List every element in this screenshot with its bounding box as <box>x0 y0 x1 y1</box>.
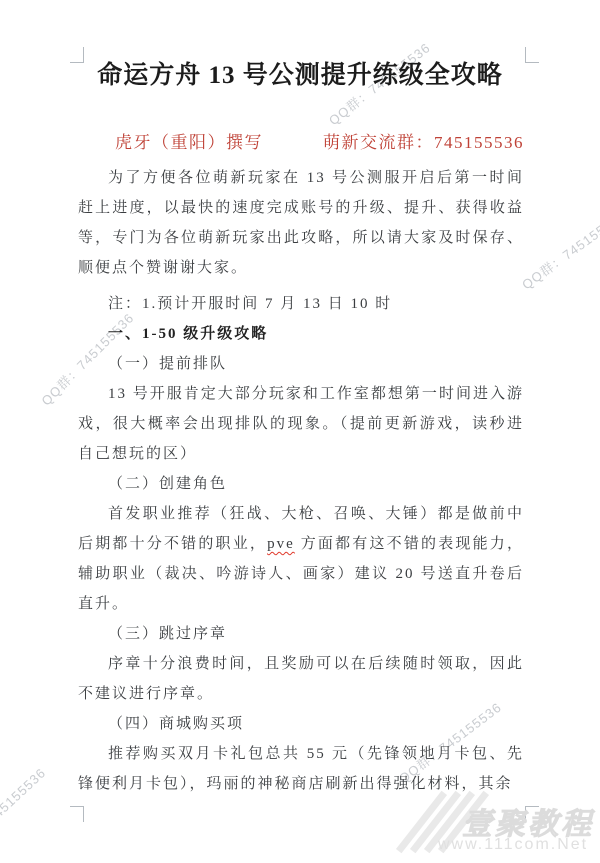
text-boundary-mark-bottom-left <box>70 806 84 822</box>
document-title: 命运方舟 13 号公测提升练级全攻略 <box>40 55 560 91</box>
spellcheck-underlined-word: pve <box>267 536 295 552</box>
author-credit: 虎牙（重阳）撰写 <box>115 128 263 153</box>
section-heading: 一、1-50 级升级攻略 <box>78 319 524 349</box>
paragraph: 13 号开服肯定大部分玩家和工作室都想第一时间进入游戏，很大概率会出现排队的现象… <box>78 379 524 469</box>
qq-group-label: 萌新交流群：745155536 <box>323 128 524 153</box>
sub-heading: （二）创建角色 <box>78 469 524 499</box>
qq-group-watermark: QQ群：745155536 <box>517 205 600 293</box>
document-body: 为了方便各位萌新玩家在 13 号公测服开启后第一时间赶上进度，以最快的速度完成账… <box>78 163 524 799</box>
paragraph: 为了方便各位萌新玩家在 13 号公测服开启后第一时间赶上进度，以最快的速度完成账… <box>78 163 524 283</box>
paragraph: 首发职业推荐（狂战、大枪、召唤、大锤）都是做前中后期都十分不错的职业，pve 方… <box>78 499 524 619</box>
qq-group-watermark: QQ群：745155536 <box>0 763 49 862</box>
logo-url-text: www.111com.Net <box>438 836 588 854</box>
note-line: 注：1.预计开服时间 7 月 13 日 10 时 <box>78 289 524 319</box>
document-page: QQ群：745155536 QQ群：745155536 QQ群：74515553… <box>0 0 600 863</box>
byline: 虎牙（重阳）撰写 萌新交流群：745155536 <box>78 128 524 153</box>
paragraph: 推荐购买双月卡礼包总共 55 元（先锋领地月卡包、先锋便利月卡包），玛丽的神秘商… <box>78 739 524 799</box>
sub-heading: （一）提前排队 <box>78 349 524 379</box>
paragraph: 序章十分浪费时间，且奖励可以在后续随时领取，因此不建议进行序章。 <box>78 649 524 709</box>
sub-heading: （三）跳过序章 <box>78 619 524 649</box>
sub-heading: （四）商城购买项 <box>78 709 524 739</box>
text-boundary-mark-bottom-right <box>525 806 539 822</box>
